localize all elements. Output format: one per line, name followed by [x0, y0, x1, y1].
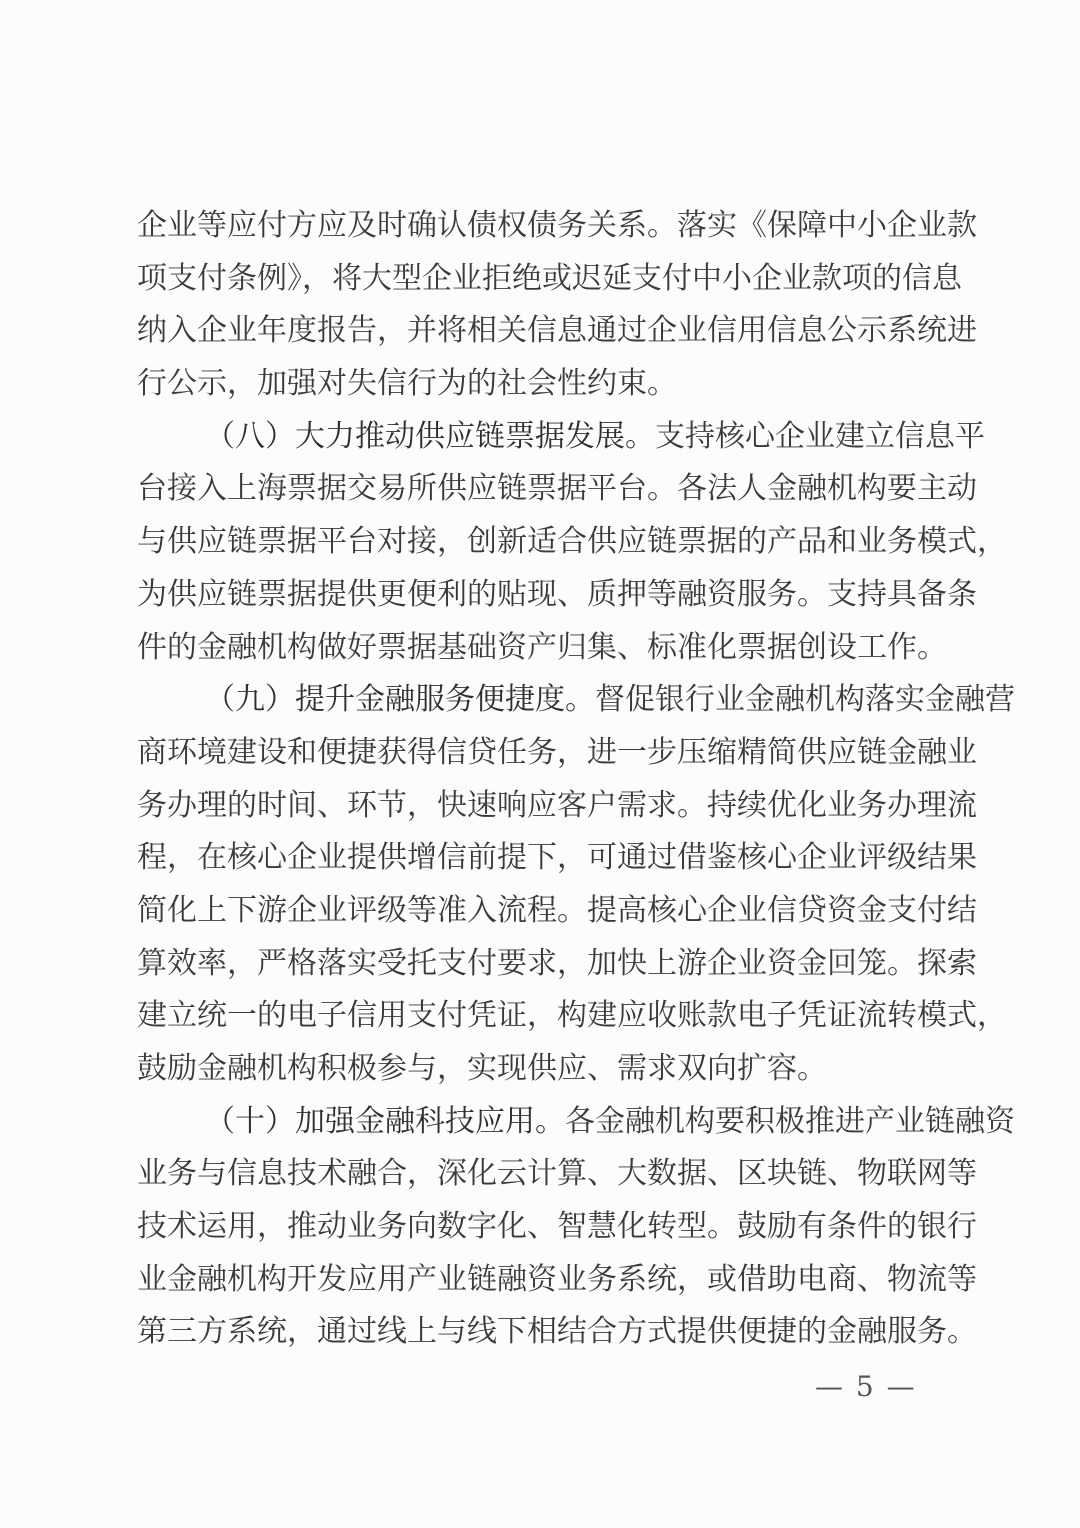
paragraph-continued: 企业等应付方应及时确认债权债务关系。落实《保障中小企业款 项支付条例》，将大型企… — [137, 200, 942, 411]
text-line: 鼓励金融机构积极参与，实现供应、需求双向扩容。 — [137, 1043, 942, 1096]
section-heading-8: （八）大力推动供应链票据发展。 — [205, 419, 655, 454]
text-line: 第三方系统，通过线上与线下相结合方式提供便捷的金融服务。 — [137, 1306, 942, 1359]
text-line: 为供应链票据提供更便利的贴现、质押等融资服务。支持具备条 — [137, 569, 942, 622]
text-line-first: （九）提升金融服务便捷度。督促银行业金融机构落实金融营 — [137, 674, 942, 727]
text-line: 纳入企业年度报告，并将相关信息通过企业信用信息公示系统进 — [137, 305, 942, 358]
paragraph-section-10: （十）加强金融科技应用。各金融机构要积极推进产业链融资 业务与信息技术融合，深化… — [137, 1096, 942, 1359]
text-line: 台接入上海票据交易所供应链票据平台。各法人金融机构要主动 — [137, 463, 942, 516]
text-line: 企业等应付方应及时确认债权债务关系。落实《保障中小企业款 — [137, 200, 942, 253]
text-line-first: （八）大力推动供应链票据发展。支持核心企业建立信息平 — [137, 411, 942, 464]
text-run: 督促银行业金融机构落实金融营 — [595, 682, 1015, 717]
text-line: 简化上下游企业评级等准入流程。提高核心企业信贷资金支付结 — [137, 885, 942, 938]
text-line: 行公示，加强对失信行为的社会性约束。 — [137, 358, 942, 411]
document-body: 企业等应付方应及时确认债权债务关系。落实《保障中小企业款 项支付条例》，将大型企… — [137, 200, 942, 1359]
text-line: 与供应链票据平台对接，创新适合供应链票据的产品和业务模式， — [137, 516, 942, 569]
text-line: 项支付条例》，将大型企业拒绝或迟延支付中小企业款项的信息 — [137, 253, 942, 306]
text-line: 程，在核心企业提供增信前提下，可通过借鉴核心企业评级结果 — [137, 832, 942, 885]
section-heading-9: （九）提升金融服务便捷度。 — [205, 682, 595, 717]
text-line: 业务与信息技术融合，深化云计算、大数据、区块链、物联网等 — [137, 1148, 942, 1201]
paragraph-section-8: （八）大力推动供应链票据发展。支持核心企业建立信息平 台接入上海票据交易所供应链… — [137, 411, 942, 674]
text-line: 建立统一的电子信用支付凭证，构建应收账款电子凭证流转模式， — [137, 990, 942, 1043]
text-line: 件的金融机构做好票据基础资产归集、标准化票据创设工作。 — [137, 622, 942, 675]
section-heading-10: （十）加强金融科技应用。 — [205, 1104, 565, 1139]
document-page: 企业等应付方应及时确认债权债务关系。落实《保障中小企业款 项支付条例》，将大型企… — [0, 0, 1080, 1528]
page-number: — 5 — — [815, 1370, 917, 1403]
text-run: 各金融机构要积极推进产业链融资 — [565, 1104, 1015, 1139]
text-run: 支持核心企业建立信息平 — [655, 419, 985, 454]
text-line: 业金融机构开发应用产业链融资业务系统，或借助电商、物流等 — [137, 1254, 942, 1307]
text-line: 技术运用，推动业务向数字化、智慧化转型。鼓励有条件的银行 — [137, 1201, 942, 1254]
text-line: 商环境建设和便捷获得信贷任务，进一步压缩精简供应链金融业 — [137, 727, 942, 780]
text-line: 务办理的时间、环节，快速响应客户需求。持续优化业务办理流 — [137, 780, 942, 833]
paragraph-section-9: （九）提升金融服务便捷度。督促银行业金融机构落实金融营 商环境建设和便捷获得信贷… — [137, 674, 942, 1096]
text-line-first: （十）加强金融科技应用。各金融机构要积极推进产业链融资 — [137, 1096, 942, 1149]
text-line: 算效率，严格落实受托支付要求，加快上游企业资金回笼。探索 — [137, 938, 942, 991]
